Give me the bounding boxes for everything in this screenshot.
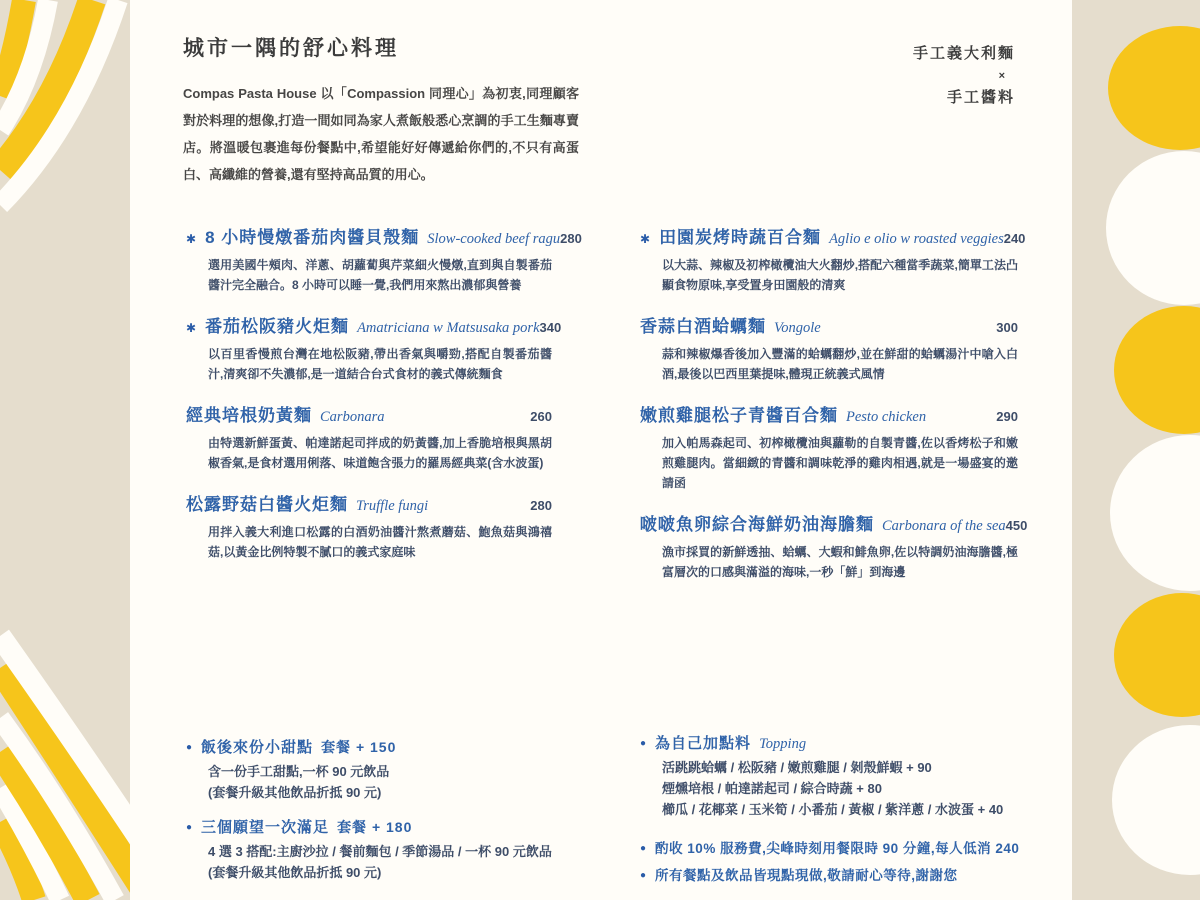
right-circles-decoration (1072, 0, 1200, 900)
item-description: 用拌入義大利進口松露的白酒奶油醬汁熬煮蘑菇、鮑魚菇與鴻禧菇,以黃金比例特製不膩口… (208, 522, 552, 562)
item-price: 280 (560, 228, 582, 250)
item-description: 選用美國牛頰肉、洋蔥、胡蘿蔔與芹菜細火慢燉,直到與自製番茄醬汁完全融合。8 小時… (208, 255, 552, 295)
item-price: 240 (1004, 228, 1026, 250)
bullet-icon: ● (186, 817, 192, 839)
item-name: 番茄松阪豬火炬麵 (205, 316, 349, 338)
intro-text: Compas Pasta House 以「Compassion 同理心」為初衷,… (183, 80, 579, 188)
item-english-name: Carbonara (320, 406, 384, 428)
item-english-name: Slow-cooked beef ragu (427, 228, 560, 250)
service-notes: ● 酌收 10% 服務費,尖峰時刻用餐限時 90 分鐘,每人低消 240 ● 所… (640, 836, 1042, 890)
item-description: 漁市採買的新鮮透抽、蛤蠣、大蝦和鯡魚卵,佐以特調奶油海膽醬,極富層次的口感與滿溢… (662, 542, 1018, 582)
combo-detail-line: (套餐升級其他飲品折抵 90 元) (208, 862, 578, 883)
menu-item: ✱ 番茄松阪豬火炬麵 Amatriciana w Matsusaka pork … (186, 316, 552, 384)
item-price: 290 (996, 406, 1018, 428)
times-mark: × (830, 64, 1015, 88)
bullet-icon: ● (640, 733, 646, 755)
bullet-icon: ● (640, 863, 646, 888)
menu-item: 經典培根奶黃麵 Carbonara 260 由特選新鮮蛋黃、帕達諾起司拌成的奶黃… (186, 405, 552, 473)
item-description: 加入帕馬森起司、初榨橄欖油與蘿勒的自製青醬,佐以香烤松子和嫩煎雞腿肉。當細緻的青… (662, 433, 1018, 493)
item-name: 啵啵魚卵綜合海鮮奶油海膽麵 (640, 514, 874, 536)
combo-price-addon: 套餐 + 180 (337, 816, 412, 838)
menu-column-right: ✱ 田園炭烤時蔬百合麵 Aglio e olio w roasted veggi… (640, 227, 1018, 603)
menu-item: 啵啵魚卵綜合海鮮奶油海膽麵 Carbonara of the sea 450 漁… (640, 514, 1018, 582)
page-title: 城市一隅的舒心料理 (183, 32, 399, 62)
item-name: 8 小時慢燉番茄肉醬貝殼麵 (205, 227, 419, 249)
item-price: 260 (530, 406, 552, 428)
topping-line: 煙燻培根 / 帕達諾起司 / 綜合時蔬 + 80 (662, 778, 1042, 799)
item-name: 松露野菇白醬火炬麵 (186, 494, 348, 516)
item-name: 嫩煎雞腿松子青醬百合麵 (640, 405, 838, 427)
left-stripes-decoration (0, 0, 130, 900)
asterisk-icon: ✱ (640, 228, 650, 250)
combo-title: 飯後來份小甜點 (201, 737, 313, 759)
tagline: 手工義大利麵 × 手工醬料 (830, 44, 1015, 108)
combo-detail-line: 4 選 3 搭配:主廚沙拉 / 餐前麵包 / 季節湯品 / 一杯 90 元飲品 (208, 841, 578, 862)
menu-item: 松露野菇白醬火炬麵 Truffle fungi 280 用拌入義大利進口松露的白… (186, 494, 552, 562)
topping-title: 為自己加點料 (655, 733, 751, 755)
topping-english-title: Topping (759, 733, 806, 755)
tagline-line-sauce: 手工醬料 (830, 88, 1015, 108)
item-english-name: Pesto chicken (846, 406, 926, 428)
toppings-and-notes-section: ● 為自己加點料 Topping 活跳跳蛤蠣 / 松阪豬 / 嫩煎雞腿 / 剝殼… (640, 733, 1042, 890)
service-note: 酌收 10% 服務費,尖峰時刻用餐限時 90 分鐘,每人低消 240 (655, 836, 1019, 861)
combo-sets-section: ● 飯後來份小甜點 套餐 + 150 含一份手工甜點,一杯 90 元飲品 (套餐… (186, 736, 578, 896)
item-name: 香蒜白酒蛤蠣麵 (640, 316, 766, 338)
menu-page: 城市一隅的舒心料理 Compas Pasta House 以「Compassio… (0, 0, 1200, 900)
combo-price-addon: 套餐 + 150 (321, 736, 396, 758)
item-english-name: Aglio e olio w roasted veggies (829, 228, 1004, 250)
item-english-name: Amatriciana w Matsusaka pork (357, 317, 539, 339)
menu-item: ✱ 田園炭烤時蔬百合麵 Aglio e olio w roasted veggi… (640, 227, 1018, 295)
item-english-name: Carbonara of the sea (882, 515, 1006, 537)
combo-detail-line: 含一份手工甜點,一杯 90 元飲品 (208, 761, 578, 782)
menu-item: ✱ 8 小時慢燉番茄肉醬貝殼麵 Slow-cooked beef ragu 28… (186, 227, 552, 295)
asterisk-icon: ✱ (186, 317, 196, 339)
item-price: 450 (1006, 515, 1028, 537)
item-price: 280 (530, 495, 552, 517)
topping-section: ● 為自己加點料 Topping 活跳跳蛤蠣 / 松阪豬 / 嫩煎雞腿 / 剝殼… (640, 733, 1042, 820)
item-english-name: Truffle fungi (356, 495, 428, 517)
item-price: 300 (996, 317, 1018, 339)
item-name: 經典培根奶黃麵 (186, 405, 312, 427)
item-description: 蒜和辣椒爆香後加入豐滿的蛤蠣翻炒,並在鮮甜的蛤蠣湯汁中嗆入白酒,最後以巴西里葉提… (662, 344, 1018, 384)
menu-item: 嫩煎雞腿松子青醬百合麵 Pesto chicken 290 加入帕馬森起司、初榨… (640, 405, 1018, 493)
item-description: 以百里香慢煎台灣在地松阪豬,帶出香氣與嚼勁,搭配自製番茄醬汁,清爽卻不失濃郁,是… (208, 344, 552, 384)
bullet-icon: ● (640, 836, 646, 861)
asterisk-icon: ✱ (186, 228, 196, 250)
item-description: 以大蒜、辣椒及初榨橄欖油大火翻炒,搭配六種當季蔬菜,簡單工法凸顯食物原味,享受置… (662, 255, 1018, 295)
tagline-line-pasta: 手工義大利麵 (830, 44, 1015, 64)
item-english-name: Vongole (774, 317, 821, 339)
bullet-icon: ● (186, 737, 192, 759)
service-note: 所有餐點及飲品皆現點現做,敬請耐心等待,謝謝您 (655, 863, 958, 888)
topping-line: 活跳跳蛤蠣 / 松阪豬 / 嫩煎雞腿 / 剝殼鮮蝦 + 90 (662, 757, 1042, 778)
item-name: 田園炭烤時蔬百合麵 (659, 227, 821, 249)
combo-three-wishes-set: ● 三個願望一次滿足 套餐 + 180 4 選 3 搭配:主廚沙拉 / 餐前麵包… (186, 816, 578, 883)
item-price: 340 (540, 317, 562, 339)
topping-line: 櫛瓜 / 花椰菜 / 玉米筍 / 小番茄 / 黃椒 / 紫洋蔥 / 水波蛋 + … (662, 799, 1042, 820)
combo-title: 三個願望一次滿足 (201, 817, 329, 839)
menu-item: 香蒜白酒蛤蠣麵 Vongole 300 蒜和辣椒爆香後加入豐滿的蛤蠣翻炒,並在鮮… (640, 316, 1018, 384)
combo-dessert-set: ● 飯後來份小甜點 套餐 + 150 含一份手工甜點,一杯 90 元飲品 (套餐… (186, 736, 578, 803)
combo-detail-line: (套餐升級其他飲品折抵 90 元) (208, 782, 578, 803)
menu-column-left: ✱ 8 小時慢燉番茄肉醬貝殼麵 Slow-cooked beef ragu 28… (186, 227, 552, 583)
item-description: 由特選新鮮蛋黃、帕達諾起司拌成的奶黃醬,加上香脆培根與黑胡椒香氣,是食材選用俐落… (208, 433, 552, 473)
